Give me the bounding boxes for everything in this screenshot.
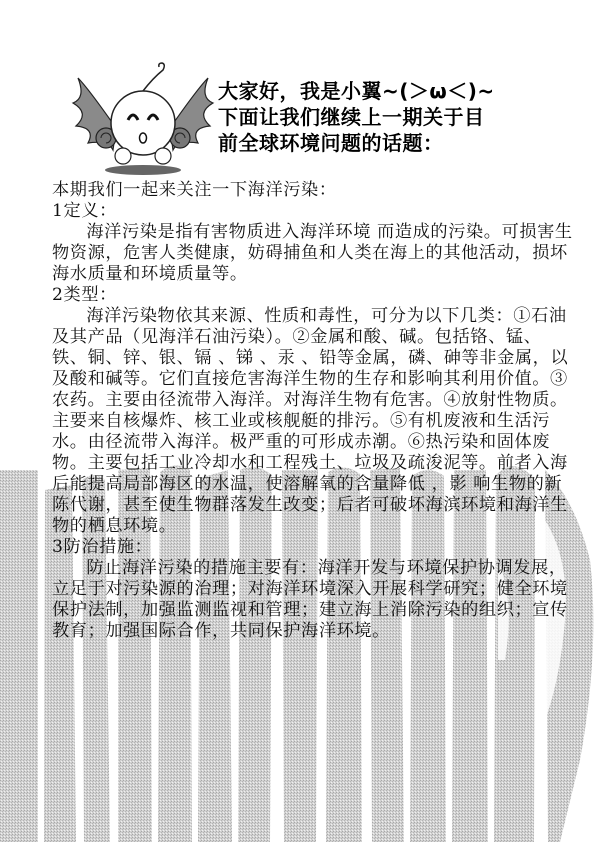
section-body-definition: 海洋污染是指有害物质进入海洋环境 而造成的污染。可损害生物资源，危害人类健康，妨… [52, 222, 577, 285]
section-body-types: 海洋污染物依其来源、性质和毒性，可分为以下几类：①石油及其产品（见海洋石油污染）… [52, 306, 577, 537]
article-intro: 本期我们一起来关注一下海洋污染： [52, 180, 577, 201]
greeting-line-3: 前全球环境问题的话题： [218, 130, 495, 156]
mascot-icon [68, 58, 218, 178]
section-heading-prevention: 3防治措施： [52, 537, 577, 558]
page-header: 大家好，我是小翼~(＞ω＜)~ 下面让我们继续上一期关于目 前全球环境问题的话题… [68, 58, 548, 178]
article-body: 本期我们一起来关注一下海洋污染： 1定义： 海洋污染是指有害物质进入海洋环境 而… [52, 180, 577, 642]
greeting-line-2: 下面让我们继续上一期关于目 [218, 104, 495, 130]
greeting-text: 大家好，我是小翼~(＞ω＜)~ 下面让我们继续上一期关于目 前全球环境问题的话题… [218, 78, 495, 156]
greeting-line-1: 大家好，我是小翼~(＞ω＜)~ [218, 78, 495, 104]
section-heading-definition: 1定义： [52, 201, 577, 222]
section-heading-types: 2类型： [52, 285, 577, 306]
section-body-prevention: 防止海洋污染的措施主要有：海洋开发与环境保护协调发展，立足于对污染源的治理；对海… [52, 558, 577, 642]
